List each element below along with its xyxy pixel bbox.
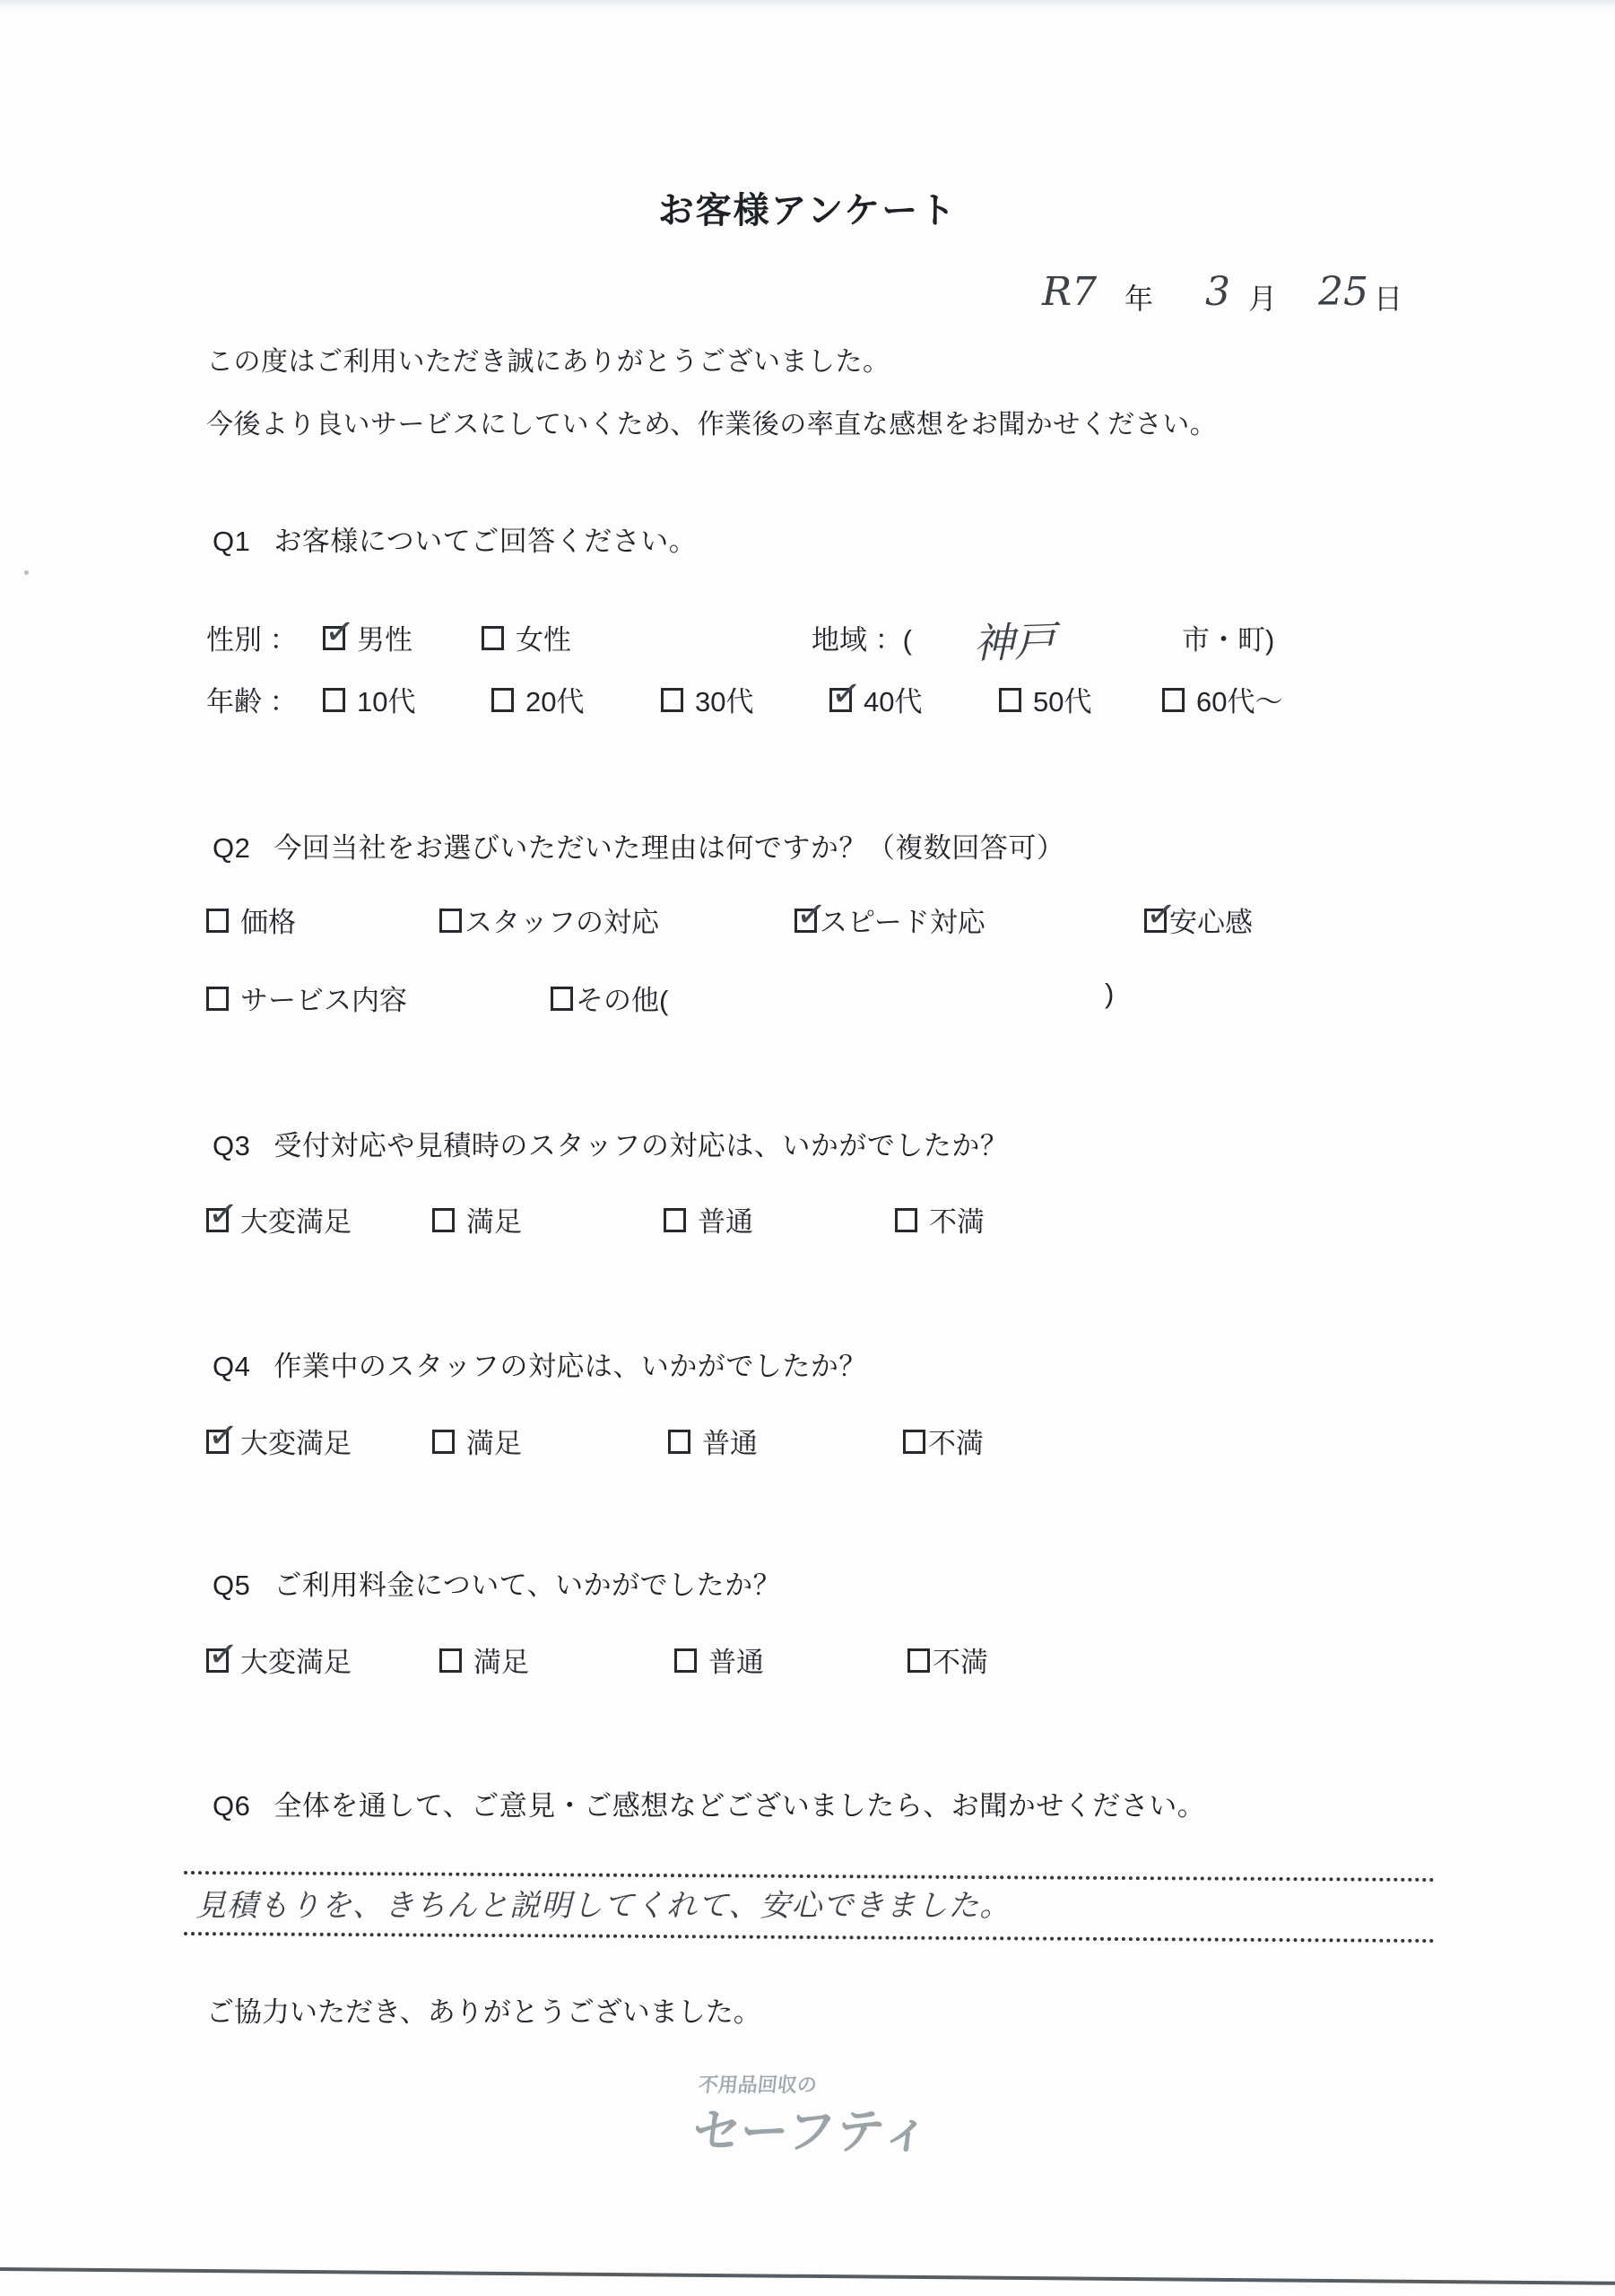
option-age-10s: 10代 — [323, 679, 415, 719]
q4-number: Q4 — [213, 1351, 250, 1382]
question-q5: Q5ご利用料金について、いかがでしたか？ — [213, 1562, 781, 1603]
q1-text: お客様についてご回答ください。 — [274, 526, 697, 557]
checkbox-q3-satisfied[interactable] — [432, 1208, 455, 1232]
q3-option-dissatisfied: 不満 — [895, 1199, 985, 1239]
scan-paper-edge-line — [0, 2267, 1615, 2285]
checkbox-q5-dissatisfied[interactable] — [907, 1648, 930, 1673]
question-q1: Q1お客様についてご回答ください。 — [213, 518, 697, 559]
option-age-30s: 30代 — [661, 679, 753, 719]
option-label: 安心感 — [1169, 900, 1253, 940]
q3-number: Q3 — [213, 1130, 250, 1161]
region-suffix: 市・町) — [1182, 617, 1274, 657]
date-year-suffix: 年 — [1124, 269, 1153, 317]
option-label: 満足 — [466, 1199, 522, 1239]
option-label: 不満 — [933, 1639, 988, 1680]
checkbox-q3-neutral[interactable] — [664, 1208, 686, 1232]
age-label: 年齢 ： — [206, 679, 298, 719]
checkbox-q5-very-satisfied[interactable] — [206, 1648, 229, 1673]
q5-number: Q5 — [213, 1570, 250, 1601]
date-day-suffix: 日 — [1374, 269, 1402, 317]
option-age-40s: 40代 — [829, 679, 922, 719]
q4-option-dissatisfied: 不満 — [903, 1421, 984, 1461]
option-label: 男性 — [357, 617, 412, 657]
checkbox-staff-response[interactable] — [439, 909, 462, 933]
q6-handwritten-answer: 見積もりを、きちんと説明してくれて、安心できました。 — [195, 1881, 1011, 1925]
option-label: 大変満足 — [240, 1199, 352, 1239]
checkbox-service-content[interactable] — [206, 987, 229, 1011]
page-title: お客様アンケート — [0, 182, 1615, 233]
checkbox-speed[interactable] — [794, 909, 817, 933]
option-label: 30代 — [695, 679, 753, 719]
checkbox-q4-satisfied[interactable] — [432, 1430, 455, 1454]
checkbox-q3-dissatisfied[interactable] — [895, 1208, 917, 1232]
q5-options-row: 大変満足 満足 普通 不満 — [0, 1639, 1615, 1690]
company-logo: セーフティ — [690, 2093, 935, 2162]
region-handwritten-value: 神戸 — [972, 608, 1056, 670]
option-other: その他( — [551, 978, 668, 1018]
option-label: 60代～ — [1196, 679, 1282, 719]
date-year-value: R7 — [1042, 269, 1097, 315]
gender-label: 性別 ： — [206, 617, 298, 657]
option-reassurance: 安心感 — [1144, 900, 1253, 940]
q5-text: ご利用料金について、いかがでしたか？ — [274, 1570, 781, 1601]
option-label: 普通 — [702, 1421, 758, 1461]
q2-number: Q2 — [213, 832, 250, 864]
checkbox-q3-very-satisfied[interactable] — [206, 1208, 229, 1232]
option-label: 大変満足 — [240, 1421, 352, 1461]
option-age-20s: 20代 — [491, 679, 584, 719]
q5-option-neutral: 普通 — [674, 1639, 764, 1680]
comment-dotted-line-bottom — [184, 1932, 1435, 1943]
date-month-value: 3 — [1205, 269, 1230, 315]
checkbox-age-10s[interactable] — [323, 688, 345, 712]
q3-option-neutral: 普通 — [664, 1199, 753, 1239]
intro-line-2: 今後より良いサービスにしていくため、作業後の率直な感想をお聞かせください。 — [206, 402, 1217, 441]
date-month-suffix: 月 — [1248, 269, 1277, 317]
checkbox-q4-neutral[interactable] — [668, 1430, 690, 1454]
option-service-content: サービス内容 — [206, 978, 407, 1018]
question-q6: Q6全体を通して、ご意見・ご感想などございましたら、お聞かせください。 — [213, 1783, 1205, 1823]
checkbox-male[interactable] — [323, 626, 345, 650]
option-label: 大変満足 — [240, 1639, 352, 1680]
checkbox-reassurance[interactable] — [1144, 909, 1167, 933]
option-label: 価格 — [240, 900, 296, 940]
q4-option-neutral: 普通 — [668, 1421, 758, 1461]
q2-options-row-1: 価格 スタッフの対応 スピード対応 安心感 — [0, 900, 1615, 950]
option-label: 不満 — [928, 1421, 984, 1461]
option-female: 女性 — [482, 617, 571, 657]
option-label: 普通 — [698, 1199, 753, 1239]
checkbox-female[interactable] — [482, 626, 504, 650]
question-q3: Q3受付対応や見積時のスタッフの対応は、いかがでしたか？ — [213, 1123, 1008, 1163]
option-label: 女性 — [516, 617, 571, 657]
option-staff-response: スタッフの対応 — [439, 900, 659, 940]
q4-option-very-satisfied: 大変満足 — [206, 1421, 352, 1461]
age-row: 年齢 ： 10代 20代 30代 40代 50代 60代～ — [0, 679, 1615, 729]
option-label: スピード対応 — [820, 900, 985, 940]
option-label: 10代 — [357, 679, 415, 719]
checkbox-age-60s[interactable] — [1162, 688, 1185, 712]
checkbox-age-40s[interactable] — [829, 688, 852, 712]
option-label: スタッフの対応 — [465, 900, 659, 940]
option-male: 男性 — [323, 617, 412, 657]
q6-text: 全体を通して、ご意見・ご感想などございましたら、お聞かせください。 — [274, 1790, 1205, 1822]
scan-speck — [24, 570, 29, 575]
q5-option-dissatisfied: 不満 — [907, 1639, 988, 1680]
q5-option-satisfied: 満足 — [439, 1639, 529, 1680]
option-label: 満足 — [473, 1639, 529, 1680]
q4-options-row: 大変満足 満足 普通 不満 — [0, 1421, 1615, 1471]
option-label: 普通 — [708, 1639, 764, 1680]
option-label: 満足 — [466, 1421, 522, 1461]
option-label: 50代 — [1033, 679, 1091, 719]
closing-text: ご協力いただき、ありがとうございました。 — [206, 1989, 761, 2030]
q2-text: 今回当社をお選びいただいた理由は何ですか？（複数回答可） — [274, 832, 1064, 864]
option-label: その他( — [576, 978, 668, 1018]
checkbox-q5-neutral[interactable] — [674, 1648, 697, 1673]
option-age-50s: 50代 — [999, 679, 1091, 719]
date-day-value: 25 — [1318, 269, 1368, 315]
checkbox-q4-very-satisfied[interactable] — [206, 1430, 229, 1454]
date-row: R7 年 3 月 25 日 — [0, 269, 1615, 323]
region-label: 地域 ：( — [812, 617, 912, 657]
q3-text: 受付対応や見積時のスタッフの対応は、いかがでしたか？ — [274, 1130, 1008, 1161]
checkbox-price[interactable] — [206, 909, 229, 933]
q6-number: Q6 — [213, 1790, 250, 1822]
other-close-paren: ) — [1105, 978, 1114, 1010]
option-label: 20代 — [525, 679, 584, 719]
intro-line-1: この度はご利用いただき誠にありがとうございました。 — [206, 339, 890, 378]
q4-option-satisfied: 満足 — [432, 1421, 522, 1461]
checkbox-age-20s[interactable] — [491, 688, 514, 712]
option-age-60s: 60代～ — [1162, 679, 1282, 719]
q3-option-very-satisfied: 大変満足 — [206, 1199, 352, 1239]
q3-options-row: 大変満足 満足 普通 不満 — [0, 1199, 1615, 1249]
gender-row: 性別 ： 男性 女性 地域 ：( 神戸 市・町) — [0, 617, 1615, 667]
checkbox-age-50s[interactable] — [999, 688, 1021, 712]
checkbox-q5-satisfied[interactable] — [439, 1648, 462, 1673]
option-price: 価格 — [206, 900, 296, 940]
q1-number: Q1 — [213, 526, 250, 557]
q3-option-satisfied: 満足 — [432, 1199, 522, 1239]
scanned-survey-page: お客様アンケート R7 年 3 月 25 日 この度はご利用いただき誠にありがと… — [0, 0, 1615, 2296]
checkbox-q4-dissatisfied[interactable] — [903, 1430, 925, 1454]
question-q4: Q4作業中のスタッフの対応は、いかがでしたか？ — [213, 1344, 867, 1384]
option-label: 不満 — [929, 1199, 985, 1239]
checkbox-other[interactable] — [551, 987, 573, 1011]
option-label: サービス内容 — [240, 978, 407, 1018]
question-q2: Q2今回当社をお選びいただいた理由は何ですか？（複数回答可） — [213, 825, 1064, 865]
q5-option-very-satisfied: 大変満足 — [206, 1639, 352, 1680]
option-label: 40代 — [864, 679, 922, 719]
checkbox-age-30s[interactable] — [661, 688, 683, 712]
option-speed: スピード対応 — [794, 900, 985, 940]
q2-options-row-2: サービス内容 その他( ) — [0, 978, 1615, 1028]
scan-noise-band — [0, 0, 1615, 13]
q4-text: 作業中のスタッフの対応は、いかがでしたか？ — [274, 1351, 867, 1382]
